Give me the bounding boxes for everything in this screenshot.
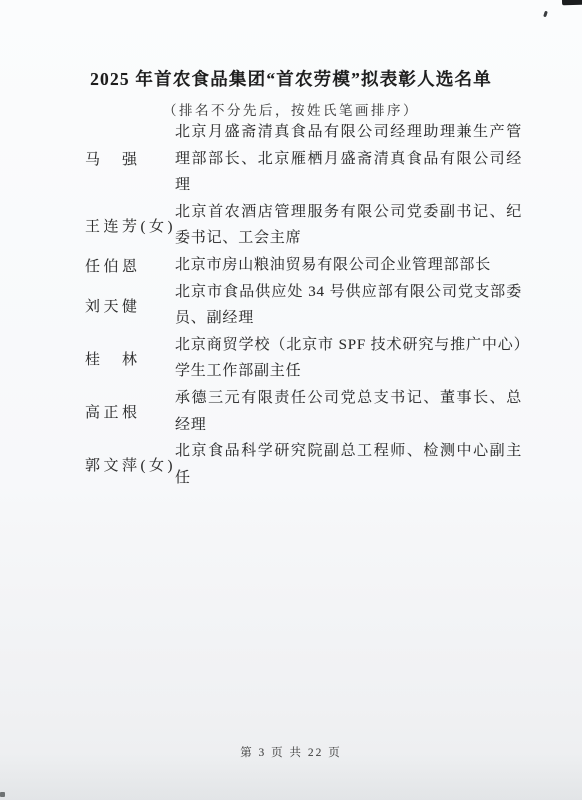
- candidate-row: 王连芳(女) 北京首农酒店管理服务有限公司党委副书记、纪委书记、工会主席: [85, 199, 522, 252]
- candidate-row: 任伯恩 北京市房山粮油贸易有限公司企业管理部部长: [85, 252, 522, 279]
- candidate-row: 马 强 北京月盛斋清真食品有限公司经理助理兼生产管理部部长、北京雁栖月盛斋清真食…: [85, 119, 522, 199]
- candidate-name: 高正根: [85, 401, 175, 422]
- candidate-description: 北京月盛斋清真食品有限公司经理助理兼生产管理部部长、北京雁栖月盛斋清真食品有限公…: [175, 119, 522, 199]
- scan-speck-artifact: [0, 792, 5, 797]
- page-number-footer: 第 3 页 共 22 页: [0, 744, 582, 760]
- scan-speck-artifact: [543, 11, 548, 18]
- candidate-description: 北京首农酒店管理服务有限公司党委副书记、纪委书记、工会主席: [175, 199, 522, 252]
- candidate-row: 郭文萍(女) 北京食品科学研究院副总工程师、检测中心副主任: [85, 438, 522, 491]
- candidate-name: 郭文萍(女): [85, 454, 175, 475]
- candidate-description: 北京商贸学校（北京市 SPF 技术研究与推广中心）学生工作部副主任: [175, 332, 522, 385]
- candidate-description: 北京食品科学研究院副总工程师、检测中心副主任: [175, 438, 522, 491]
- candidate-name: 王连芳(女): [85, 215, 175, 236]
- document-title: 2025 年首农食品集团“首农劳模”拟表彰人选名单: [0, 66, 582, 91]
- scanned-document-page: 2025 年首农食品集团“首农劳模”拟表彰人选名单 （排名不分先后，按姓氏笔画排…: [0, 0, 582, 800]
- candidate-description: 北京市房山粮油贸易有限公司企业管理部部长: [175, 252, 522, 279]
- scan-shading-artifact: [0, 754, 582, 800]
- document-subtitle: （排名不分先后，按姓氏笔画排序）: [0, 99, 582, 119]
- candidate-name: 任伯恩: [85, 255, 175, 276]
- candidate-description: 承德三元有限责任公司党总支书记、董事长、总经理: [175, 385, 522, 438]
- candidate-row: 高正根 承德三元有限责任公司党总支书记、董事长、总经理: [85, 385, 522, 438]
- candidate-description: 北京市食品供应处 34 号供应部有限公司党支部委员、副经理: [175, 279, 522, 332]
- candidate-row: 刘天健 北京市食品供应处 34 号供应部有限公司党支部委员、副经理: [85, 279, 522, 332]
- scan-edge-artifact: [562, 0, 582, 5]
- candidate-row: 桂 林 北京商贸学校（北京市 SPF 技术研究与推广中心）学生工作部副主任: [85, 332, 522, 385]
- candidate-name: 刘天健: [85, 295, 175, 316]
- candidate-name: 桂 林: [85, 348, 175, 369]
- candidate-name: 马 强: [85, 148, 175, 169]
- candidate-list: 马 强 北京月盛斋清真食品有限公司经理助理兼生产管理部部长、北京雁栖月盛斋清真食…: [85, 119, 522, 491]
